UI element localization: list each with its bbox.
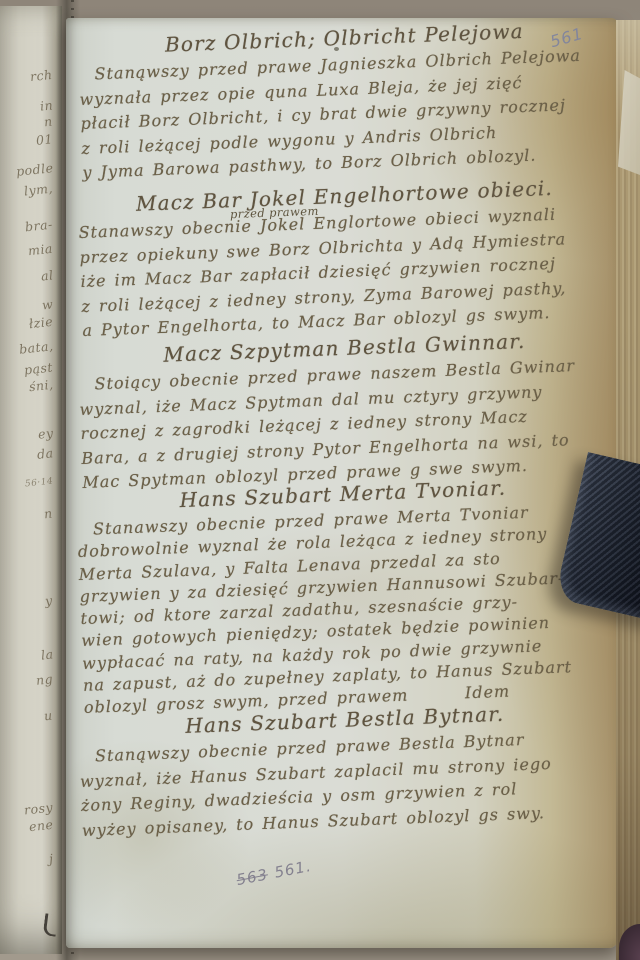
margin-text-fragment: łzie [28,314,53,331]
margin-text-fragment: la [40,646,54,662]
record-section-5: Hans Szubart Bestla Bytnar. Stanąwszy ob… [78,698,616,843]
margin-text-fragment: da [36,445,54,462]
margin-text-fragment: n [44,114,54,130]
margin-text-fragment: ey [37,425,54,442]
margin-text-fragment: w [41,296,54,312]
ink-stroke-mark [43,913,59,936]
margin-text-fragment: ng [35,671,54,688]
struck-folio-number: 563 [235,865,269,889]
margin-text-fragment: u [44,708,54,724]
margin-text-fragment: rosy [23,800,53,818]
margin-text-fragment: ene [28,817,54,834]
margin-text-fragment: j [48,851,54,866]
margin-text-fragment: in [39,97,54,113]
margin-text-fragment: bata, [18,338,54,357]
margin-text-fragment: 56·14 [24,477,53,490]
margin-text-fragment: bra- [25,217,54,235]
margin-text-fragment: śni, [28,377,54,394]
manuscript-page: 561 Borz Olbrich; Olbricht Pelejowa Stan… [66,18,618,948]
margin-text-fragment: lym, [23,181,53,199]
record-section-1: Borz Olbrich; Olbricht Pelejowa Stanąwsz… [77,18,616,185]
margin-text-fragment: pąst [23,360,53,378]
facing-page-edge: rch in n 01 podle lym, bra- mia al w łzi… [0,6,62,954]
margin-text-fragment: 01 [35,131,53,148]
margin-text-fragment: podle [15,160,54,179]
record-section-3: Macz Szpytman Bestla Gwinnar. Stoiący ob… [77,326,616,496]
current-folio-number: 561. [273,857,313,882]
margin-text-fragment: y [45,593,54,609]
margin-text-fragment: n [44,506,54,522]
margin-text-fragment: mia [27,241,53,259]
margin-text-fragment: al [40,267,54,283]
record-section-4: Hans Szubart Merta Tvoniar. Stanawszy ob… [76,472,618,720]
record-section-2: Macz Bar Jokel Engelhortowe obieci. prze… [77,174,616,344]
margin-text-fragment: rch [30,67,54,84]
pencil-annotation: 563561. [235,857,313,889]
